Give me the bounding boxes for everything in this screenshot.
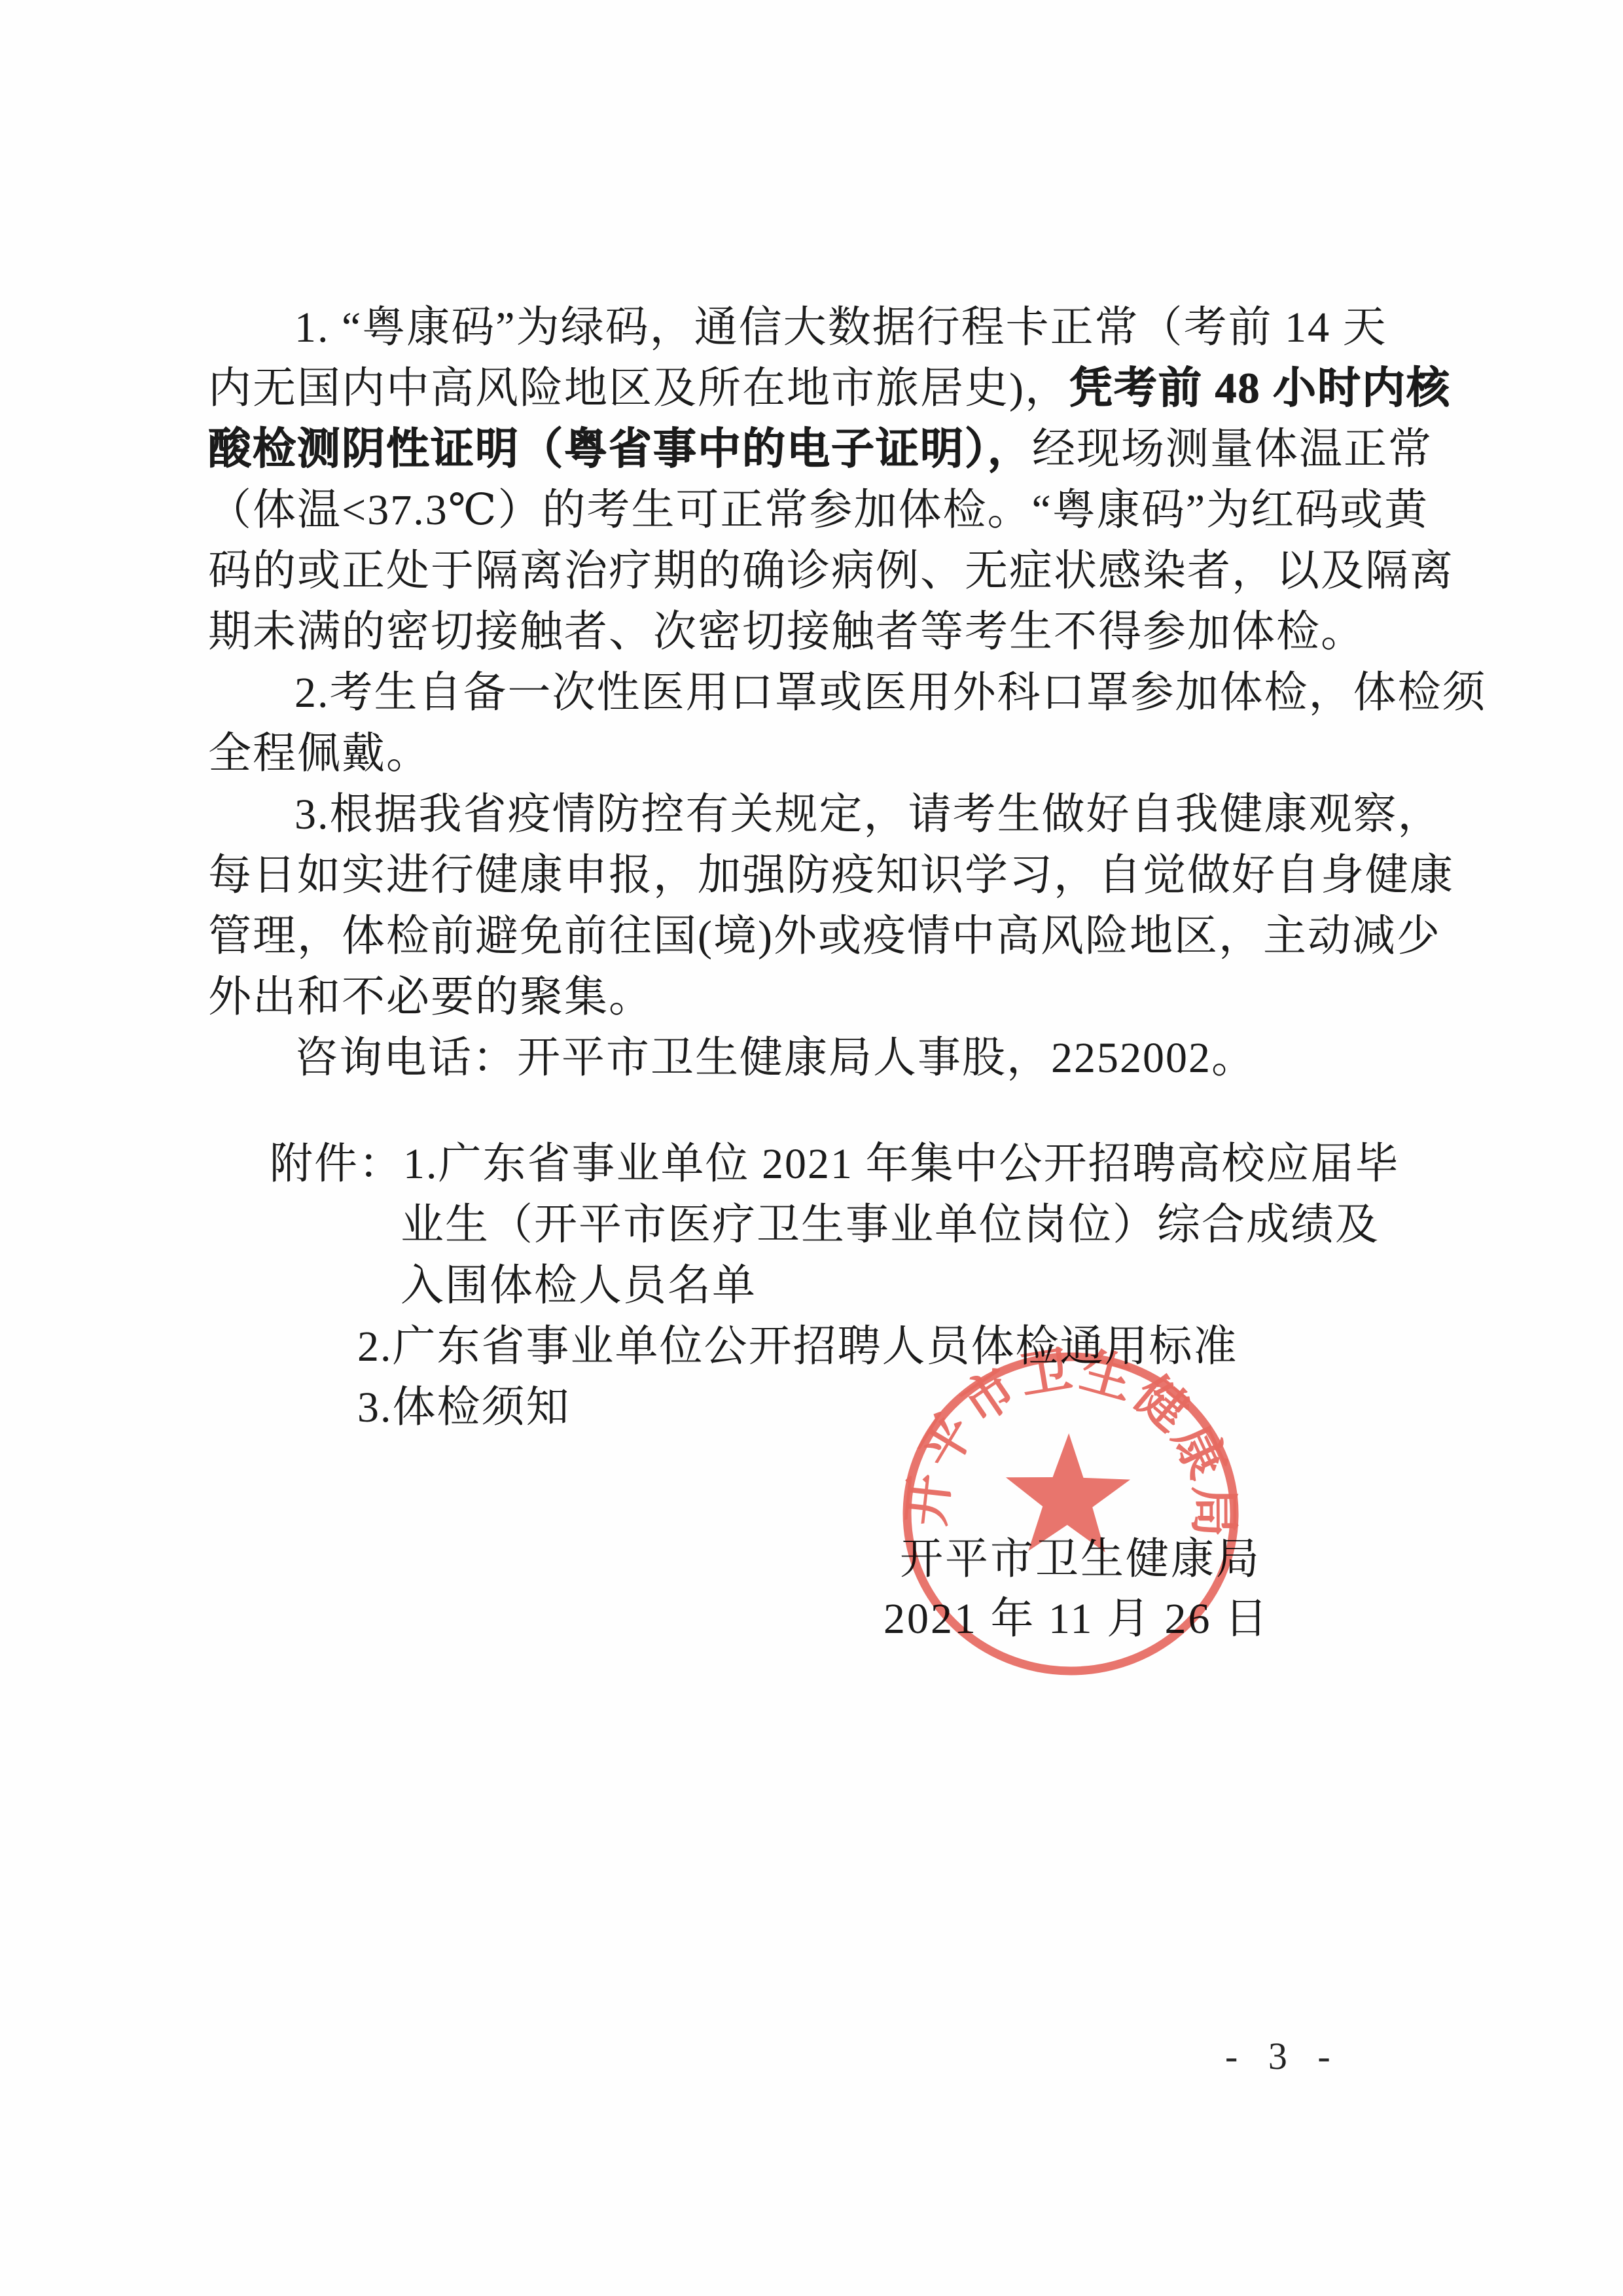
body-line: 外出和不必要的聚集。	[208, 967, 653, 1028]
body-line: 3.根据我省疫情防控有关规定，请考生做好自我健康观察，	[294, 784, 1442, 845]
body-line: 全程佩戴。	[208, 723, 431, 784]
contact-line: 咨询电话：开平市卫生健康局人事股，2252002。	[294, 1028, 1256, 1088]
body-line: 2.考生自备一次性医用口罩或医用外科口罩参加体检，体检须	[294, 662, 1487, 723]
body-text: 经现场测量体温正常	[1032, 425, 1433, 473]
attachment-label: 附件：	[270, 1140, 403, 1188]
body-line: 期未满的密切接触者、次密切接触者等考生不得参加体检。	[208, 601, 1365, 662]
page-number: - 3 -	[1225, 2034, 1341, 2078]
body-line: 酸检测阴性证明（粤省事中的电子证明），经现场测量体温正常	[208, 419, 1433, 480]
seal-star-icon	[1005, 1432, 1131, 1552]
document-page: 1. “粤康码”为绿码，通信大数据行程卡正常（考前 14 天 内无国内中高风险地…	[0, 0, 1623, 2296]
attachment-item-1-cont: 入围体检人员名单	[401, 1255, 757, 1316]
attachment-item-3: 3.体检须知	[357, 1377, 571, 1438]
body-text: 内无国内中高风险地区及所在地市旅居史)，	[208, 365, 1069, 412]
body-line: 码的或正处于隔离治疗期的确诊病例、无症状感染者，以及隔离	[208, 541, 1454, 601]
body-text-bold: 酸检测阴性证明（粤省事中的电子证明），	[208, 425, 1032, 473]
body-line: 1. “粤康码”为绿码，通信大数据行程卡正常（考前 14 天	[294, 297, 1387, 358]
body-text-bold: 凭考前 48 小时内核	[1069, 365, 1451, 412]
body-line: 管理，体检前避免前往国(境)外或疫情中高风险地区，主动减少	[208, 906, 1441, 967]
attachment-item-1: 1.广东省事业单位 2021 年集中公开招聘高校应届毕	[403, 1140, 1400, 1188]
body-line: 内无国内中高风险地区及所在地市旅居史)，凭考前 48 小时内核	[208, 358, 1451, 419]
body-line: （体温<37.3℃）的考生可正常参加体检。“粤康码”为红码或黄	[208, 480, 1429, 541]
attachment-list-header: 附件：1.广东省事业单位 2021 年集中公开招聘高校应届毕	[270, 1134, 1400, 1194]
official-seal: 开平市卫生健康局	[891, 1344, 1255, 1687]
body-line: 每日如实进行健康申报，加强防疫知识学习，自觉做好自身健康	[208, 845, 1454, 906]
attachment-item-1-cont: 业生（开平市医疗卫生事业单位岗位）综合成绩及	[401, 1194, 1380, 1255]
